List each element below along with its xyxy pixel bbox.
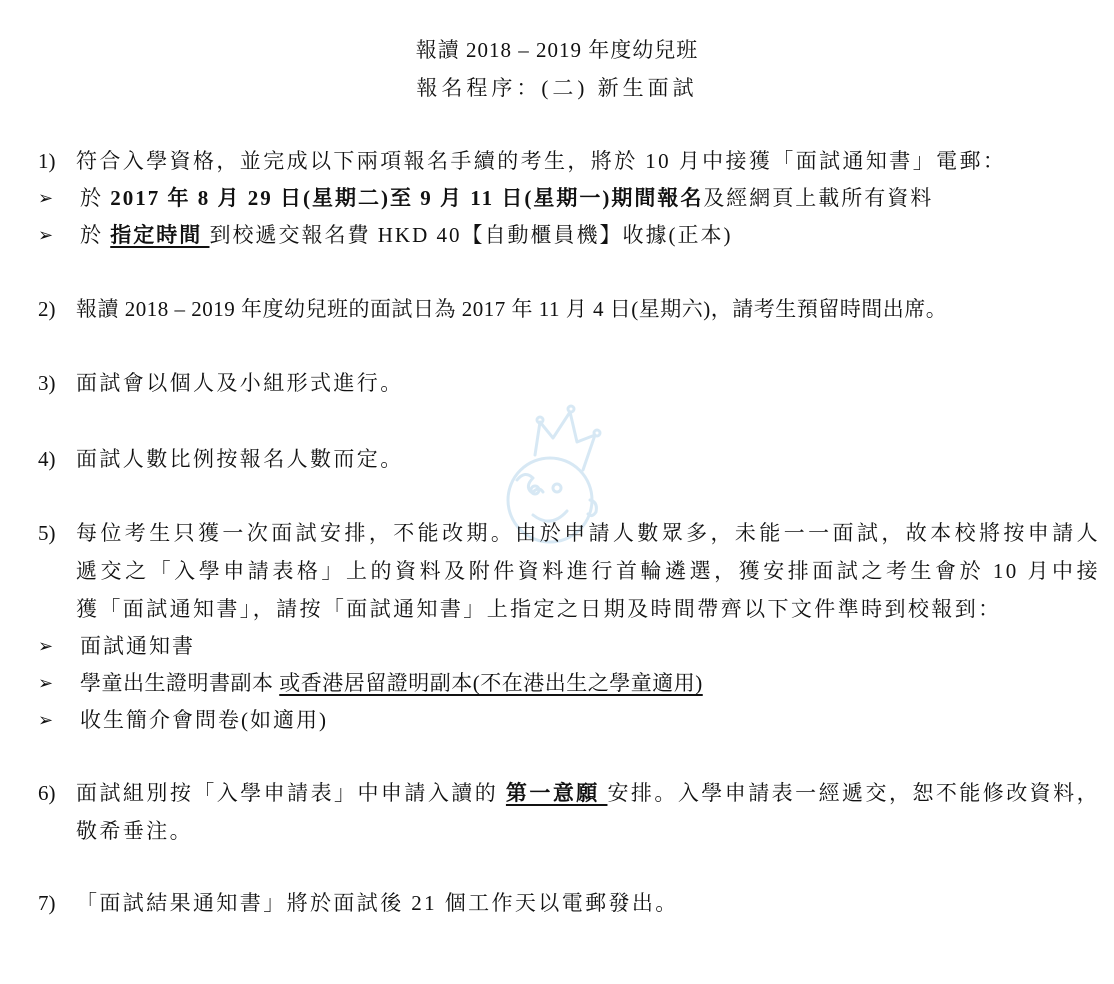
item-text-line: 遞交之「入學申請表格」上的資料及附件資料進行首輪遴選，獲安排面試之考生會於 10… [76, 552, 1100, 590]
list-item-3: 3) 面試會以個人及小組形式進行。 [38, 364, 1100, 402]
residence-proof-note: 或香港居留證明副本(不在港出生之學童適用) [279, 671, 703, 695]
page-subtitle: 報名程序：(二) 新生面試 [0, 72, 1114, 102]
arrow-bullet-icon: ➢ [38, 628, 55, 665]
list-item-4: 4) 面試人數比例按報名人數而定。 [38, 440, 1100, 478]
list-item-6: 6) 面試組別按「入學申請表」中申請入讀的 第一意願 安排。入學申請表一經遞交，… [38, 774, 1100, 850]
item-text-line: 面試組別按「入學申請表」中申請入讀的 第一意願 安排。入學申請表一經遞交，恕不能… [76, 774, 1100, 812]
sub-bullet: ➢ 於 2017 年 8 月 29 日(星期二)至 9 月 11 日(星期一)期… [0, 180, 1100, 217]
item-text-line: 敬希垂注。 [76, 812, 1100, 850]
list-item-1: 1) 符合入學資格，並完成以下兩項報名手續的考生，將於 10 月中接獲「面試通知… [38, 142, 1100, 254]
required-document: ➢ 學童出生證明書副本 或香港居留證明副本(不在港出生之學童適用) [0, 665, 1100, 702]
page-title: 報讀 2018 – 2019 年度幼兒班 [0, 34, 1114, 64]
first-choice: 第一意願 [506, 781, 608, 805]
item-number: 1) [38, 142, 74, 180]
item-number: 7) [38, 884, 74, 922]
item-text: 符合入學資格，並完成以下兩項報名手續的考生，將於 10 月中接獲「面試通知書」電… [76, 142, 1100, 180]
sub-bullet: ➢ 於 指定時間 到校遞交報名費 HKD 40【自動櫃員機】收據(正本) [0, 217, 1100, 254]
designated-time: 指定時間 [110, 223, 209, 247]
required-document: ➢ 面試通知書 [0, 628, 1100, 665]
required-document: ➢ 收生簡介會問卷(如適用) [0, 702, 1100, 739]
item-number: 5) [38, 514, 74, 552]
item-number: 2) [38, 290, 74, 328]
list-item-7: 7) 「面試結果通知書」將於面試後 21 個工作天以電郵發出。 [38, 884, 1100, 922]
list-item-5: 5) 每位考生只獲一次面試安排，不能改期。由於申請人數眾多，未能一一面試，故本校… [38, 514, 1100, 739]
arrow-bullet-icon: ➢ [38, 180, 55, 217]
item-text: 面試人數比例按報名人數而定。 [76, 440, 1100, 478]
item-text-line: 每位考生只獲一次面試安排，不能改期。由於申請人數眾多，未能一一面試，故本校將按申… [76, 514, 1100, 552]
arrow-bullet-icon: ➢ [38, 217, 55, 254]
item-text: 報讀 2018 – 2019 年度幼兒班的面試日為 2017 年 11 月 4 … [76, 290, 1100, 328]
list-item-2: 2) 報讀 2018 – 2019 年度幼兒班的面試日為 2017 年 11 月… [38, 290, 1100, 328]
arrow-bullet-icon: ➢ [38, 665, 54, 702]
item-text: 「面試結果通知書」將於面試後 21 個工作天以電郵發出。 [76, 884, 1100, 922]
item-number: 6) [38, 774, 74, 812]
item-number: 4) [38, 440, 74, 478]
registration-period: 2017 年 8 月 29 日(星期二)至 9 月 11 日(星期一)期間報名 [110, 186, 703, 210]
arrow-bullet-icon: ➢ [38, 702, 55, 739]
item-text-line: 獲「面試通知書」，請按「面試通知書」上指定之日期及時間帶齊以下文件準時到校報到： [76, 590, 1100, 628]
item-number: 3) [38, 364, 74, 402]
item-text: 面試會以個人及小組形式進行。 [76, 364, 1100, 402]
